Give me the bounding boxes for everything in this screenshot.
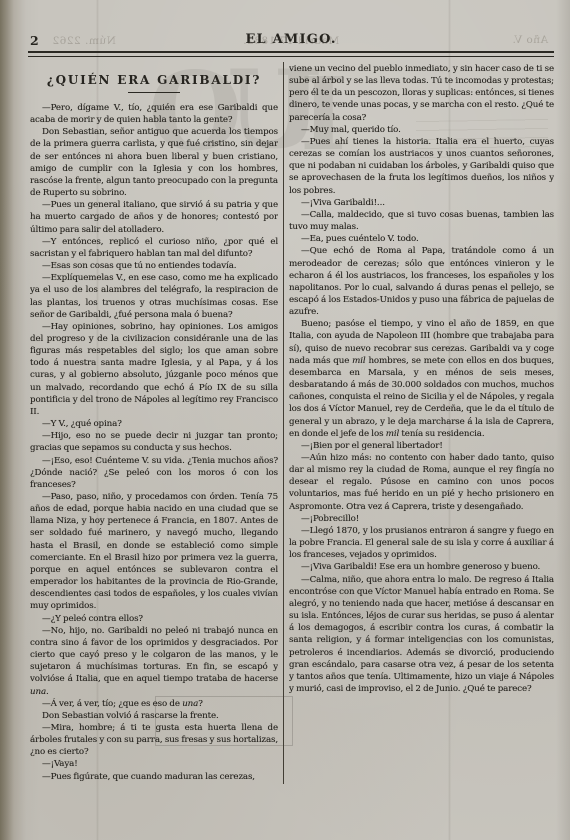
paragraph: —Ea, pues cuéntelo V. todo. <box>289 233 554 245</box>
paragraph: —¡Eso, eso! Cuénteme V. su vida. ¿Tenia … <box>30 455 278 491</box>
paragraph: —Á ver, á ver, tío; ¿que es eso de una? <box>30 698 278 710</box>
header-double-rule <box>28 51 554 57</box>
right-column-text: viene un vecino del pueblo inmediato, y … <box>289 63 554 695</box>
paragraph: Don Sebastian, señor antiguo que acuerda… <box>30 126 278 199</box>
masthead-title: EL AMIGO. <box>28 32 554 47</box>
paragraph: —Paso, paso, niño, y procedamos con órde… <box>30 491 278 613</box>
article-body: ¿QUIÉN ERA GARIBALDI? —Pero, dígame V., … <box>30 58 554 832</box>
paragraph: —¿Y peleó contra ellos? <box>30 613 278 625</box>
left-column: ¿QUIÉN ERA GARIBALDI? —Pero, dígame V., … <box>30 58 278 784</box>
title-rule <box>128 92 180 93</box>
paragraph: —Hay opiniones, sobrino, hay opiniones. … <box>30 321 278 418</box>
paragraph: —Que echó de Roma al Papa, tratándole co… <box>289 245 554 318</box>
paragraph: —¡Viva Garibaldi!... <box>289 197 554 209</box>
paragraph: —¡Bien por el general libertador! <box>289 440 554 452</box>
article-title: ¿QUIÉN ERA GARIBALDI? <box>30 73 278 87</box>
right-column: viene un vecino del pueblo inmediato, y … <box>289 58 554 791</box>
paragraph: —Calla, maldecido, que si tuvo cosas bue… <box>289 209 554 233</box>
paragraph: —Mira, hombre; á ti te gusta esta huerta… <box>30 722 278 758</box>
page-header: 2 Núm. 2262 Madrid 17 1882. EL AMIGO. Añ… <box>28 31 554 51</box>
paragraph: —Esas son cosas que tú no entiendes toda… <box>30 260 278 272</box>
paragraph: —Pues un general italiano, que sirvió á … <box>30 199 278 235</box>
paragraph: —¡Pobrecillo! <box>289 513 554 525</box>
paragraph: —Y V., ¿qué opina? <box>30 418 278 430</box>
paragraph: —No, hijo, no. Garibaldi no peleó ni tra… <box>30 625 278 698</box>
left-column-text: —Pero, dígame V., tío, ¿quién era ese Ga… <box>30 102 278 783</box>
paragraph: —Explíquemelas V., en ese caso, como me … <box>30 272 278 321</box>
paragraph: —Muy mal, querido tío. <box>289 124 554 136</box>
paragraph: Don Sebastian volvió á rascarse la frent… <box>30 710 278 722</box>
paragraph: —Pues ahí tienes la historia. Italia era… <box>289 136 554 197</box>
paragraph: —Pero, dígame V., tío, ¿quién era ese Ga… <box>30 102 278 126</box>
newspaper-page-scan: O U I 2 Núm. 2262 Madrid 17 1882. EL AMI… <box>0 0 570 840</box>
paragraph: —Calma, niño, que ahora entra lo malo. D… <box>289 574 554 696</box>
paragraph: Bueno; pasóse el tiempo, y vino el año d… <box>289 318 554 440</box>
paragraph: —¡Viva Garibaldi! Ese era un hombre gene… <box>289 561 554 573</box>
paragraph: viene un vecino del pueblo inmediato, y … <box>289 63 554 124</box>
paragraph: —Y entónces, replicó el curioso niño, ¿p… <box>30 236 278 260</box>
paragraph: —Hijo, eso no se puede decir ni juzgar t… <box>30 430 278 454</box>
column-divider-rule <box>283 62 284 784</box>
paragraph: —¡Vaya! <box>30 758 278 770</box>
paragraph: —Aún hizo más: no contento con haber dad… <box>289 452 554 513</box>
paragraph: —Pues figúrate, que cuando maduran las c… <box>30 771 278 783</box>
paragraph: —Llegó 1870, y los prusianos entraron á … <box>289 525 554 561</box>
